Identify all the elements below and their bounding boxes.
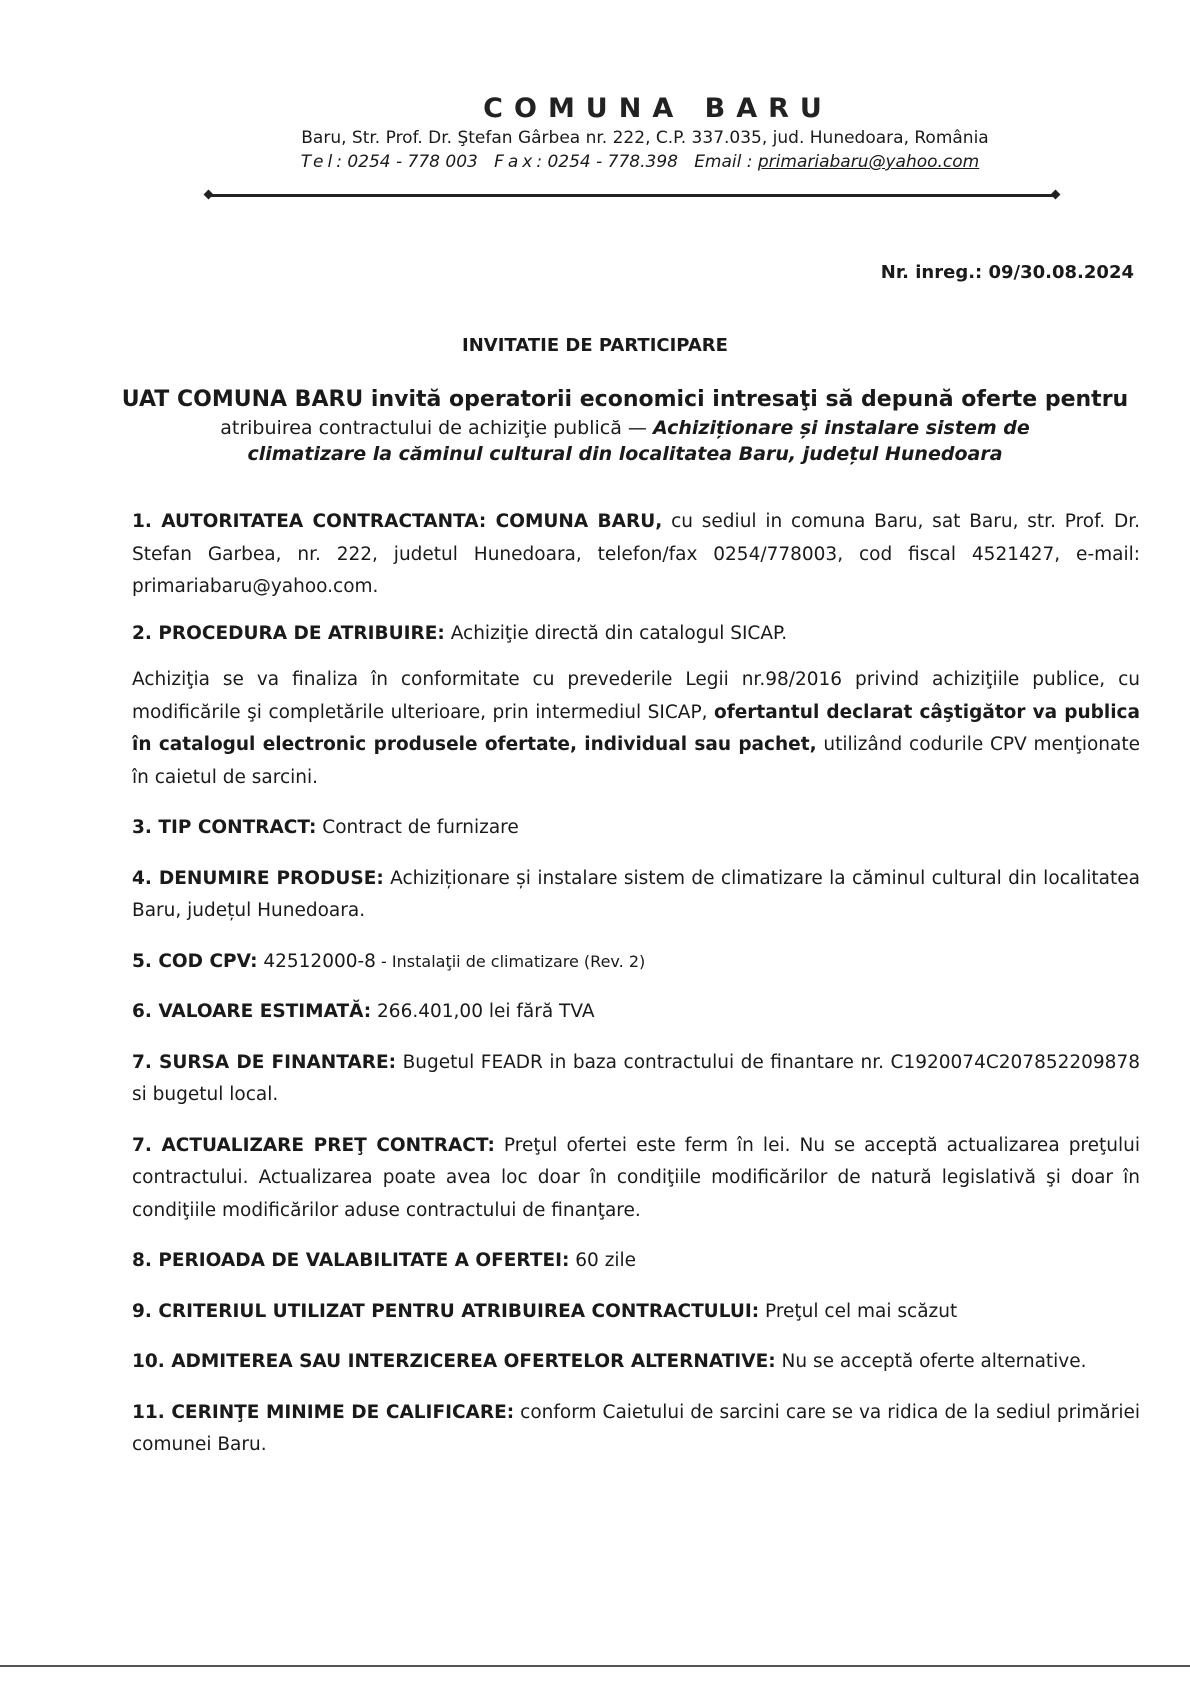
document-title: INVITATIE DE PARTICIPARE xyxy=(0,335,1190,356)
section-8-text: 60 zile xyxy=(569,1250,636,1271)
section-3-text: Contract de furnizare xyxy=(316,817,518,838)
section-11: 11. CERINŢE MINIME DE CALIFICARE: confor… xyxy=(132,1397,1140,1462)
letterhead-divider xyxy=(208,194,1056,197)
section-6-text: 266.401,00 lei fără TVA xyxy=(371,1001,594,1022)
invitation-line-2: atribuirea contractului de achiziţie pub… xyxy=(120,415,1130,441)
section-5-desc: - Instalaţii de climatizare (Rev. 2) xyxy=(376,952,645,971)
fax-value: : 0254 - 778.398 xyxy=(536,152,678,172)
section-10-label: 10. ADMITEREA SAU INTERZICEREA OFERTELOR… xyxy=(132,1351,776,1372)
document-page: COMUNA BARU Baru, Str. Prof. Dr. Ştefan … xyxy=(0,0,1190,1683)
email-label: Email : xyxy=(694,152,752,172)
invitation-prefix: atribuirea contractului de achiziţie pub… xyxy=(220,417,653,439)
section-8-label: 8. PERIOADA DE VALABILITATE A OFERTEI: xyxy=(132,1250,569,1271)
letterhead-title: COMUNA BARU xyxy=(236,92,1080,126)
section-7-financing: 7. SURSA DE FINANTARE: Bugetul FEADR in … xyxy=(132,1047,1140,1112)
section-2: 2. PROCEDURA DE ATRIBUIRE: Achiziţie dir… xyxy=(132,618,1140,651)
tel-label: Tel xyxy=(301,152,336,172)
section-5-text: 42512000-8 xyxy=(257,951,376,972)
section-9-text: Preţul cel mai scăzut xyxy=(759,1301,957,1322)
section-2-text: Achiziţie directă din catalogul SICAP. xyxy=(445,623,787,644)
section-3-label: 3. TIP CONTRACT: xyxy=(132,817,316,838)
section-9: 9. CRITERIUL UTILIZAT PENTRU ATRIBUIREA … xyxy=(132,1296,1140,1329)
section-3: 3. TIP CONTRACT: Contract de furnizare xyxy=(132,812,1140,845)
section-2-label: 2. PROCEDURA DE ATRIBUIRE: xyxy=(132,623,445,644)
section-1-label: 1. AUTORITATEA CONTRACTANTA: COMUNA BARU… xyxy=(132,511,662,532)
letterhead-address: Baru, Str. Prof. Dr. Ştefan Gârbea nr. 2… xyxy=(210,126,1080,150)
section-6-label: 6. VALOARE ESTIMATĂ: xyxy=(132,1001,371,1022)
section-8: 8. PERIOADA DE VALABILITATE A OFERTEI: 6… xyxy=(132,1245,1140,1278)
registration-number: Nr. inreg.: 09/30.08.2024 xyxy=(881,262,1134,283)
section-1: 1. AUTORITATEA CONTRACTANTA: COMUNA BARU… xyxy=(132,506,1140,604)
section-4: 4. DENUMIRE PRODUSE: Achiziționare și in… xyxy=(132,863,1140,928)
letterhead-contact: Tel: 0254 - 778 003 Fax: 0254 - 778.398 … xyxy=(200,150,1080,174)
section-10-text: Nu se acceptă oferte alternative. xyxy=(776,1351,1087,1372)
section-7-price-update: 7. ACTUALIZARE PREŢ CONTRACT: Preţul ofe… xyxy=(132,1130,1140,1228)
section-5-label: 5. COD CPV: xyxy=(132,951,257,972)
invitation-line-3: climatizare la căminul cultural din loca… xyxy=(120,441,1130,467)
section-2-detail: Achiziţia se va finaliza în conformitate… xyxy=(132,664,1140,794)
section-5: 5. COD CPV: 42512000-8 - Instalaţii de c… xyxy=(132,946,1140,979)
fax-label: Fax xyxy=(494,152,536,172)
page-bottom-edge xyxy=(0,1665,1190,1667)
section-6: 6. VALOARE ESTIMATĂ: 266.401,00 lei fără… xyxy=(132,996,1140,1029)
section-10: 10. ADMITEREA SAU INTERZICEREA OFERTELOR… xyxy=(132,1346,1140,1379)
section-4-label: 4. DENUMIRE PRODUSE: xyxy=(132,868,384,889)
letterhead: COMUNA BARU Baru, Str. Prof. Dr. Ştefan … xyxy=(200,92,1080,174)
invitation-subject-1: Achiziționare și instalare sistem de xyxy=(653,417,1030,439)
invitation-line-1: UAT COMUNA BARU invită operatorii econom… xyxy=(120,385,1130,415)
invitation-heading: UAT COMUNA BARU invită operatorii econom… xyxy=(120,385,1130,467)
document-body: 1. AUTORITATEA CONTRACTANTA: COMUNA BARU… xyxy=(132,506,1140,1462)
section-7b-label: 7. ACTUALIZARE PREŢ CONTRACT: xyxy=(132,1135,495,1156)
email-link[interactable]: primariabaru@yahoo.com xyxy=(758,152,979,172)
section-11-label: 11. CERINŢE MINIME DE CALIFICARE: xyxy=(132,1402,514,1423)
tel-value: : 0254 - 778 003 xyxy=(336,152,478,172)
section-9-label: 9. CRITERIUL UTILIZAT PENTRU ATRIBUIREA … xyxy=(132,1301,759,1322)
section-7-label: 7. SURSA DE FINANTARE: xyxy=(132,1052,396,1073)
